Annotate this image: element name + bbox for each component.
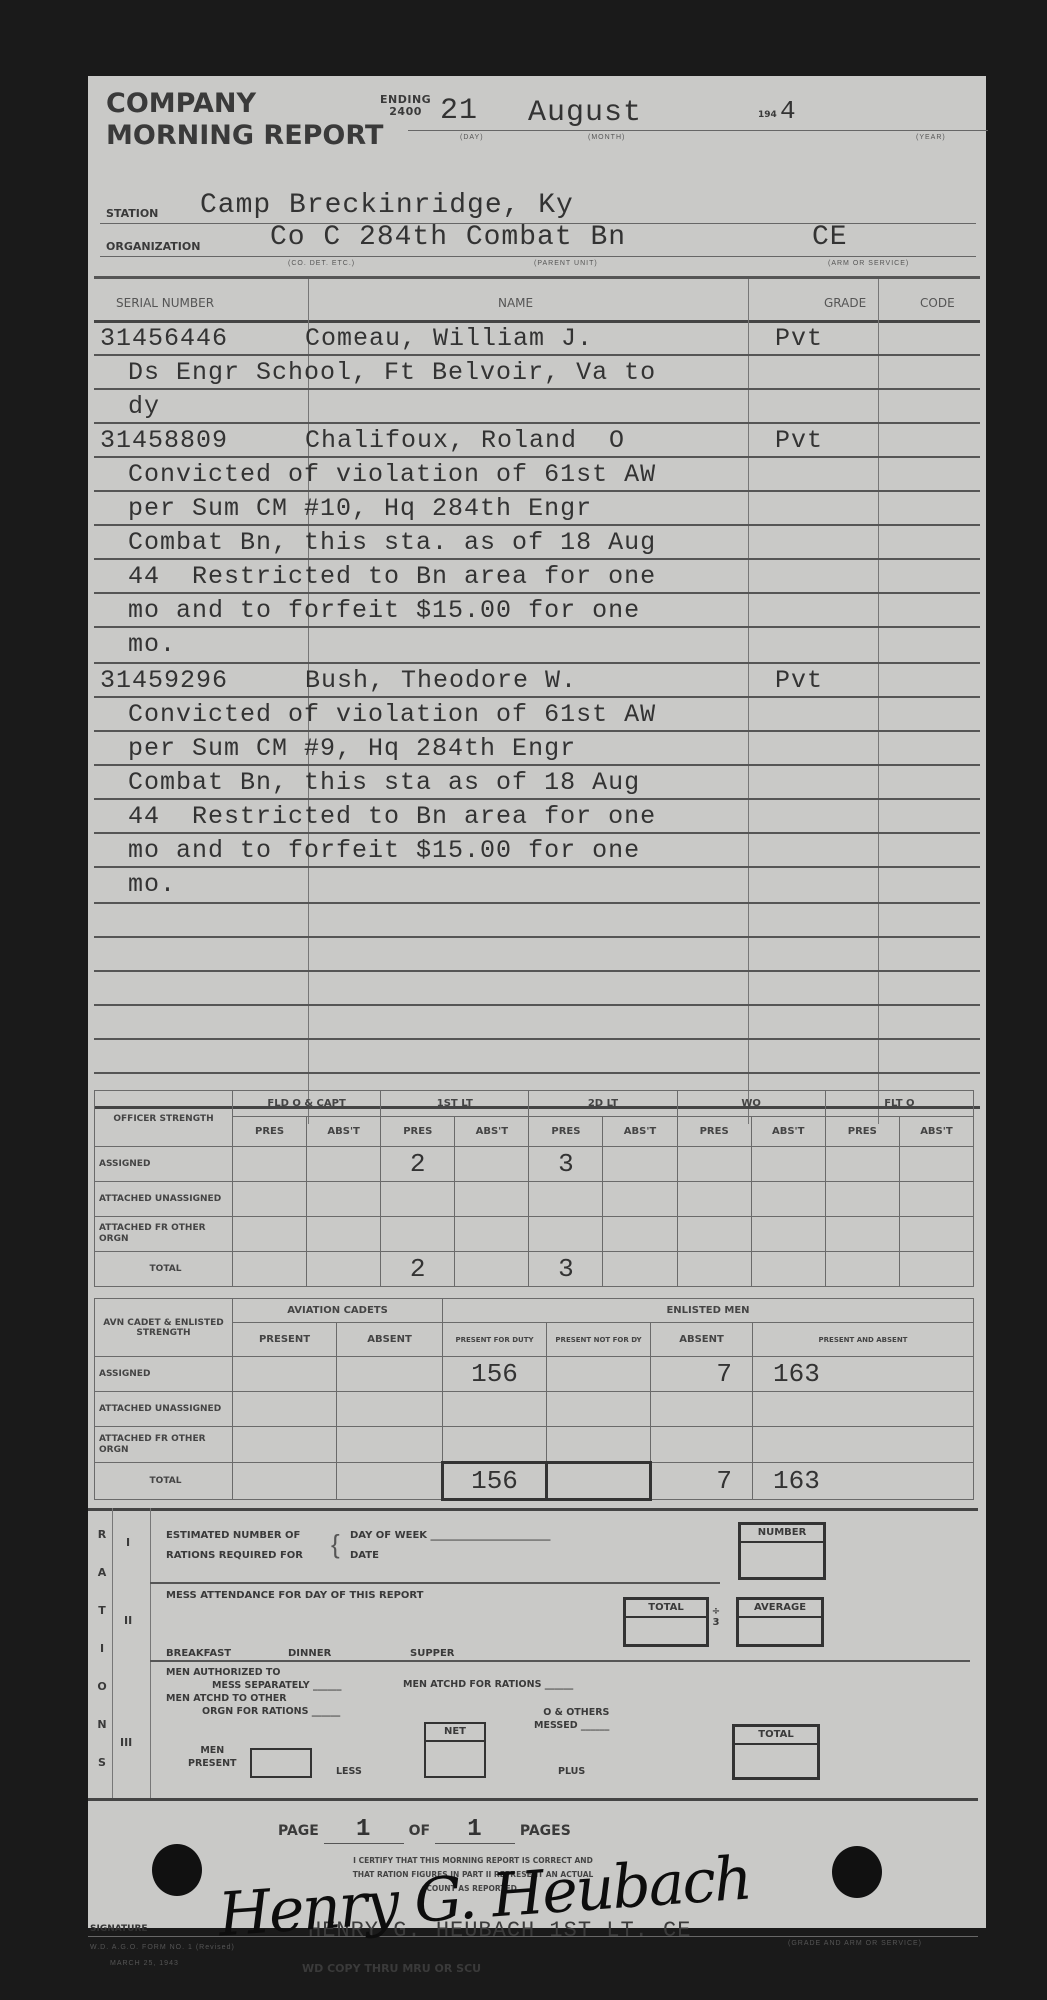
cell [677,1252,751,1287]
title-line-2: MORNING REPORT [106,120,383,152]
cell: 2 [381,1252,455,1287]
report-year: 4 [780,96,797,126]
title-line-1: COMPANY [106,88,383,120]
signature-label: SIGNATURE [90,1924,148,1934]
cell: 156 [443,1357,547,1392]
cell [547,1357,651,1392]
men-authorized-label: MEN AUTHORIZED TO MESS SEPARATELY ______… [166,1666,341,1718]
average-box[interactable]: AVERAGE [736,1597,824,1647]
morning-report-form: COMPANY MORNING REPORT ENDING 2400 21 Au… [88,76,986,1928]
subcol-present-not-for-duty: PRESENT NOT FOR DY [547,1323,651,1357]
cell [233,1147,307,1182]
entry-row: Convicted of violation of 61st AW [100,698,974,731]
cell [337,1357,443,1392]
entry-row: mo. [100,628,974,661]
grade: Pvt [775,324,823,353]
breakfast-label: BREAKFAST [166,1648,231,1659]
number-box[interactable]: NUMBER [738,1522,826,1580]
entry-text: 44 Restricted to Bn area for one [112,562,656,591]
subcol-abst: ABS'T [455,1117,529,1147]
parent-caption: (PARENT UNIT) [534,260,598,267]
section-i-number: I [126,1536,130,1549]
station-label: STATION [106,207,158,220]
entry-text: Combat Bn, this sta. as of 18 Aug [112,528,656,557]
row-label: ASSIGNED [95,1147,233,1182]
cell [455,1147,529,1182]
group-aviation-cadets: AVIATION CADETS [233,1299,443,1323]
page-total: 1 [435,1816,515,1844]
rations-divider [150,1508,151,1798]
entry-row: 44 Restricted to Bn area for one [100,560,974,593]
col-code: CODE [920,296,955,310]
entry-text: Chalifoux, Roland O [305,424,775,457]
signer-caption: (GRADE AND ARM OR SERVICE) [788,1940,922,1947]
form-date: MARCH 25, 1943 [110,1960,179,1967]
rations-total-box[interactable]: TOTAL [732,1724,820,1780]
cell [455,1252,529,1287]
total-attendance-box[interactable]: TOTAL [623,1597,709,1647]
binder-hole-left-icon [152,1844,202,1896]
col-grade: GRADE [824,296,866,310]
entry-row: Combat Bn, this sta as of 18 Aug [100,766,974,799]
entry-text: mo. [112,870,176,899]
page-number: 1 [324,1816,404,1844]
day-caption: (DAY) [460,134,484,141]
col-name: NAME [498,296,533,310]
enlisted-row-assigned: ASSIGNED 156 7 163 [95,1357,974,1392]
group-2d-lt: 2D LT [529,1091,677,1117]
subcol-absent: ABSENT [337,1323,443,1357]
entry-row: mo and to forfeit $15.00 for one [100,834,974,867]
report-day: 21 [440,94,478,128]
cell [751,1252,825,1287]
men-present-box[interactable] [250,1748,312,1778]
officer-row-attached-fr-other: ATTACHED FR OTHER ORGN [95,1217,974,1252]
men-present-label: MEN PRESENT [188,1744,237,1770]
organization-underline [100,256,976,257]
divide-by-three: ÷ 3 [710,1606,722,1628]
ending-time: 2400 [380,106,431,118]
subcol-absent: ABSENT [651,1323,753,1357]
section-iii-number: III [120,1736,132,1749]
wd-copy-label: WD COPY THRU MRU OR SCU [302,1962,481,1975]
entry-text: Bush, Theodore W. [305,664,775,697]
group-fld-o-capt: FLD O & CAPT [233,1091,381,1117]
organization-value: Co C 284th Combat Bn [270,222,626,253]
group-enlisted-men: ENLISTED MEN [443,1299,974,1323]
subcol-pres: PRES [381,1117,455,1147]
entry-row: Ds Engr School, Ft Belvoir, Va to [100,356,974,389]
entry-row: 31459296Bush, Theodore W.Pvt [100,664,974,697]
entry-text: Comeau, William J. [305,322,775,355]
entry-row: per Sum CM #10, Hq 284th Engr [100,492,974,525]
day-date-labels: DAY OF WEEK ________________________ DAT… [350,1526,551,1566]
entry-row: 44 Restricted to Bn area for one [100,800,974,833]
cell: 163 [753,1463,974,1500]
cell [825,1252,899,1287]
rations-required-label: ESTIMATED NUMBER OF RATIONS REQUIRED FOR [166,1526,303,1566]
serial: 31458809 [100,424,305,457]
subcol-abst: ABS'T [751,1117,825,1147]
plus-label: PLUS [558,1766,585,1777]
cell: 7 [651,1463,753,1500]
year-caption: (YEAR) [916,134,946,141]
officer-strength-title: OFFICER STRENGTH [95,1091,233,1147]
entry-text: 44 Restricted to Bn area for one [112,802,656,831]
men-atchd-rations-label: MEN ATCHD FOR RATIONS ______ [403,1679,573,1690]
cell: 3 [529,1147,603,1182]
cell [825,1147,899,1182]
grade: Pvt [775,426,823,455]
officer-row-attached-unassigned: ATTACHED UNASSIGNED [95,1182,974,1217]
cell [603,1252,677,1287]
form-id: W.D. A.G.O. FORM NO. 1 (Revised) [90,1944,235,1951]
enlisted-row-total: TOTAL 156 7 163 [95,1463,974,1500]
arm-caption: (ARM OR SERVICE) [828,260,909,267]
dinner-label: DINNER [288,1648,331,1659]
cell [603,1147,677,1182]
cell [751,1147,825,1182]
mess-attendance-label: MESS ATTENDANCE FOR DAY OF THIS REPORT [166,1590,423,1601]
cell: 156 [443,1463,547,1500]
cell [307,1147,381,1182]
group-flt-o: FLT O [825,1091,973,1117]
cell [307,1252,381,1287]
subcol-pres: PRES [233,1117,307,1147]
entries-top-border [94,276,980,279]
subcol-pres: PRES [825,1117,899,1147]
subcol-present-and-absent: PRESENT AND ABSENT [753,1323,974,1357]
subcol-abst: ABS'T [899,1117,973,1147]
report-month: August [528,96,642,130]
row-label: ATTACHED FR OTHER ORGN [95,1217,233,1252]
entry-row: Convicted of violation of 61st AW [100,458,974,491]
supper-label: SUPPER [410,1648,455,1659]
page-counter: PAGE 1 OF 1 PAGES [278,1816,571,1844]
form-title: COMPANY MORNING REPORT [106,88,383,152]
entry-row: 31456446Comeau, William J.Pvt [100,322,974,355]
subcol-abst: ABS'T [307,1117,381,1147]
row-label: ASSIGNED [95,1357,233,1392]
enlisted-row-attached-fr-other: ATTACHED FR OTHER ORGN [95,1427,974,1463]
entry-row: Combat Bn, this sta. as of 18 Aug [100,526,974,559]
serial: 31456446 [100,322,305,355]
entry-text: per Sum CM #9, Hq 284th Engr [112,734,576,763]
subcol-present: PRESENT [233,1323,337,1357]
row-label: ATTACHED UNASSIGNED [95,1392,233,1427]
cell [899,1147,973,1182]
rations-divider [112,1508,113,1798]
entry-row: mo and to forfeit $15.00 for one [100,594,974,627]
cell [899,1252,973,1287]
col-serial-number: SERIAL NUMBER [116,296,214,310]
entry-row: mo. [100,868,974,901]
entry-row: per Sum CM #9, Hq 284th Engr [100,732,974,765]
entry-text: Convicted of violation of 61st AW [112,700,656,729]
cell [547,1463,651,1500]
rations-side-label: R A T I O N S [94,1516,110,1782]
date-underline [408,130,988,131]
group-1st-lt: 1ST LT [381,1091,529,1117]
entry-text: mo. [112,630,176,659]
cell [677,1147,751,1182]
binder-hole-right-icon [832,1846,882,1898]
grade: Pvt [775,666,823,695]
entry-text: Convicted of violation of 61st AW [112,460,656,489]
officer-row-total: TOTAL 2 3 [95,1252,974,1287]
entry-text: dy [112,392,160,421]
org-caption: (CO. DET. ETC.) [288,260,355,267]
officer-row-assigned: ASSIGNED 2 3 [95,1147,974,1182]
row-label: TOTAL [95,1252,233,1287]
entry-text: mo and to forfeit $15.00 for one [112,836,640,865]
entry-text: Ds Engr School, Ft Belvoir, Va to [112,358,656,387]
station-value: Camp Breckinridge, Ky [200,190,574,221]
row-label: ATTACHED UNASSIGNED [95,1182,233,1217]
subcol-present-for-duty: PRESENT FOR DUTY [443,1323,547,1357]
enlisted-row-attached-unassigned: ATTACHED UNASSIGNED [95,1392,974,1427]
entry-text: Combat Bn, this sta as of 18 Aug [112,768,640,797]
ending-label: ENDING 2400 [380,94,431,118]
enlisted-strength-table: AVN CADET & ENLISTED STRENGTH AVIATION C… [94,1298,974,1501]
less-label: LESS [336,1766,362,1777]
subcol-abst: ABS'T [603,1117,677,1147]
arm-of-service-value: CE [812,222,848,253]
officer-strength-table: OFFICER STRENGTH FLD O & CAPT 1ST LT 2D … [94,1090,974,1287]
serial: 31459296 [100,664,305,697]
row-label: TOTAL [95,1463,233,1500]
entry-row: dy [100,390,974,423]
row-label: ATTACHED FR OTHER ORGN [95,1427,233,1463]
net-box[interactable]: NET [424,1722,486,1778]
subcol-pres: PRES [529,1117,603,1147]
rations-top-rule [88,1508,978,1511]
group-wo: WO [677,1091,825,1117]
o-others-label: O & OTHERS MESSED ______ [534,1706,609,1732]
cell: 2 [381,1147,455,1182]
cell: 163 [753,1357,974,1392]
cell [233,1463,337,1500]
year-prefix: 194 [758,110,777,120]
organization-label: ORGANIZATION [106,240,200,253]
subcol-pres: PRES [677,1117,751,1147]
enlisted-strength-title: AVN CADET & ENLISTED STRENGTH [95,1299,233,1357]
entry-text: mo and to forfeit $15.00 for one [112,596,640,625]
entry-text: per Sum CM #10, Hq 284th Engr [112,494,592,523]
cell [233,1357,337,1392]
cell: 7 [651,1357,753,1392]
month-caption: (MONTH) [588,134,625,141]
cell [233,1252,307,1287]
entry-row: 31458809Chalifoux, Roland OPvt [100,424,974,457]
cell [337,1463,443,1500]
section-ii-number: II [124,1614,132,1627]
cell: 3 [529,1252,603,1287]
